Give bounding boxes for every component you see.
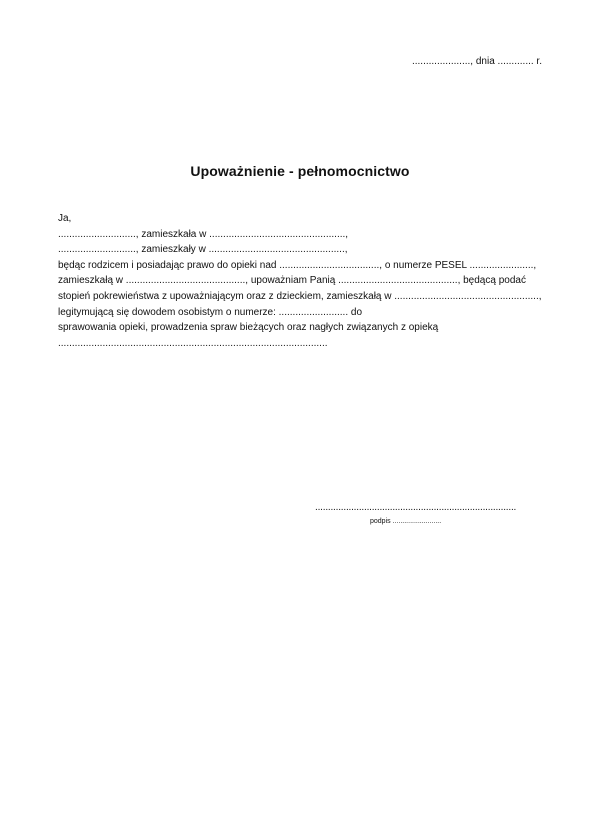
body-line-parent-rights: będąc rodzicem i posiadając prawo do opi… (58, 258, 544, 274)
signature-line: ........................................… (315, 502, 516, 513)
body-line-authorize: zamieszkałą w ..........................… (58, 273, 544, 289)
body-line-greeting: Ja, (58, 211, 544, 227)
body-line-blank: ........................................… (58, 336, 544, 352)
body-line-id-card: legitymującą się dowodem osobistym o num… (58, 305, 544, 321)
body-line-relationship: stopień pokrewieństwa z upoważniającym o… (58, 289, 544, 305)
document-title: Upoważnienie - pełnomocnictwo (0, 163, 600, 179)
document-body: Ja, ............................, zamies… (58, 211, 544, 351)
body-line-care-scope: sprawowania opieki, prowadzenia spraw bi… (58, 320, 544, 336)
signature-label: podpis ......................... (370, 518, 441, 525)
body-line-resident-female: ............................, zamieszkał… (58, 227, 544, 243)
document-page: ....................., dnia ............… (0, 0, 600, 825)
date-line: ....................., dnia ............… (412, 56, 542, 67)
body-line-resident-male: ............................, zamieszkał… (58, 242, 544, 258)
